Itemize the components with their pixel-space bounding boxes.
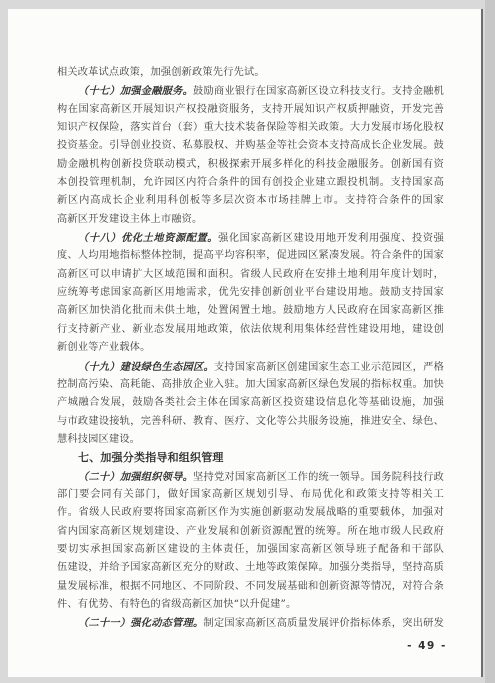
body-text: 产城融合发展，鼓励各类社会主体在国家高新区投资建设信息化等基础设施，加强 [57, 397, 444, 408]
body-text: 制定国家高新区高质量发展评价指标体系，突出研发 [204, 618, 444, 629]
text-line: （十七）加强金融服务。鼓励商业银行在国家高新区设立科技支行。支持金融机 [57, 82, 444, 100]
text-line: 部门要会同有关部门，做好国家高新区规划引导、布局优化和政策支持等相关工 [57, 486, 444, 504]
text-line: 度、人均用地指标整体控制，提高平均容积率，促进园区紧凑发展。符合条件的国家 [57, 247, 444, 265]
text-line: 高新区开发建设主体上市融资。 [57, 211, 444, 229]
body-text: 知识产权保险，落实首台（套）重大技术装备保险等相关政策。大力发展市场化股权 [57, 122, 444, 133]
body-text: 励金融机构创新投贷联动模式，积极探索开展多样化的科技金融服务。创新国有资 [57, 159, 444, 170]
body-text: 新区内高成长企业利用科创板等多层次资本市场挂牌上市。支持符合条件的国家 [57, 195, 444, 206]
paragraph-lead: （二十一）强化动态管理。 [78, 617, 204, 629]
body-text: 度、人均用地指标整体控制，提高平均容积率，促进园区紧凑发展。符合条件的国家 [57, 250, 444, 261]
text-block: 相关改革试点政策，加强创新政策先行先试。（十七）加强金融服务。鼓励商业银行在国家… [57, 64, 444, 633]
body-text: 坚持党对国家高新区工作的统一领导。国务院科技行政 [193, 472, 444, 483]
text-line: （二十一）强化动态管理。制定国家高新区高质量发展评价指标体系，突出研发 [57, 614, 444, 632]
body-text: 要切实承担国家高新区建设的主体责任，加强国家高新区领导班子配备和干部队 [57, 544, 444, 555]
paragraph-lead: （十八）优化土地资源配置。 [78, 232, 218, 244]
text-line: 知识产权保险，落实首台（套）重大技术装备保险等相关政策。大力发展市场化股权 [57, 119, 444, 137]
text-line: 省内国家高新区规划建设、产业发展和创新资源配置的统筹。所在地市级人民政府 [57, 523, 444, 541]
text-line: 相关改革试点政策，加强创新政策先行先试。 [57, 64, 444, 82]
body-text: 本创投管理机制，允许园区内符合条件的国有创投企业建立跟投机制。支持国家高 [57, 177, 444, 188]
body-text: 伍建设，并给予国家高新区充分的财政、土地等政策保障。加强分类指导，坚持高质 [57, 562, 444, 573]
text-line: 件、有优势、有特色的省级高新区加快“以升促建”。 [57, 596, 444, 614]
paragraph-lead: （十七）加强金融服务。 [78, 85, 193, 97]
body-text: 作。省级人民政府要将国家高新区作为实施创新驱动发展战略的重要载体，加强对 [57, 507, 444, 518]
body-text: 应统筹考虑国家高新区用地需求，优先安排创新创业平台建设用地。鼓励支持国家 [57, 287, 444, 298]
page-number: - 49 - [404, 640, 450, 652]
text-line: 慧科技园区建设。 [57, 431, 444, 449]
body-text: 鼓励商业银行在国家高新区设立科技支行。支持金融机 [193, 86, 444, 97]
text-line: 控制高污染、高耗能、高排放企业入驻。加大国家高新区绿色发展的指标权重。加快 [57, 376, 444, 394]
body-text: 量发展标准，根据不同地区、不同阶段、不同发展基础和创新资源等情况，对符合条 [57, 581, 444, 592]
text-line: （二十）加强组织领导。坚持党对国家高新区工作的统一领导。国务院科技行政 [57, 468, 444, 486]
body-text: 慧科技园区建设。 [57, 434, 140, 445]
text-line: 高新区加快消化批而未供土地，处置闲置土地。鼓励地方人民政府在国家高新区推 [57, 302, 444, 320]
body-text: 构在国家高新区开展知识产权投融资服务，支持开展知识产权质押融资，开发完善 [57, 104, 444, 115]
text-line: 行支持新产业、新业态发展用地政策，依法依规利用集体经营性建设用地，建设创 [57, 321, 444, 339]
text-line: 投资基金。引导创业投资、私募股权、并购基金等社会资本支持高成长企业发展。鼓 [57, 137, 444, 155]
text-line: 构在国家高新区开展知识产权投融资服务，支持开展知识产权质押融资，开发完善 [57, 101, 444, 119]
body-text: 部门要会同有关部门，做好国家高新区规划引导、布局优化和政策支持等相关工 [57, 489, 444, 500]
text-line: 新区内高成长企业利用科创板等多层次资本市场挂牌上市。支持符合条件的国家 [57, 192, 444, 210]
text-line: 量发展标准，根据不同地区、不同阶段、不同发展基础和创新资源等情况，对符合条 [57, 578, 444, 596]
text-line: 作。省级人民政府要将国家高新区作为实施创新驱动发展战略的重要载体，加强对 [57, 504, 444, 522]
body-text: 与市政建设接轨，完善科研、教育、医疗、文化等公共服务设施，推进安全、绿色、智 [57, 416, 444, 431]
text-line: 产城融合发展，鼓励各类社会主体在国家高新区投资建设信息化等基础设施，加强 [57, 394, 444, 412]
text-line: 要切实承担国家高新区建设的主体责任，加强国家高新区领导班子配备和干部队 [57, 541, 444, 559]
section-heading: 七、加强分类指导和组织管理 [78, 451, 224, 464]
body-text: 行支持新产业、新业态发展用地政策，依法依规利用集体经营性建设用地，建设创 [57, 324, 444, 335]
body-text: 高新区开发建设主体上市融资。 [57, 214, 202, 225]
text-line: （十八）优化土地资源配置。强化国家高新区建设用地开发利用强度、投资强 [57, 229, 444, 247]
scanned-document-stage: 相关改革试点政策，加强创新政策先行先试。（十七）加强金融服务。鼓励商业银行在国家… [0, 0, 495, 683]
body-text: 支持国家高新区创建国家生态工业示范园区，严格 [214, 362, 444, 373]
text-line: 新创业等产业载体。 [57, 339, 444, 357]
text-line: （十九）建设绿色生态园区。支持国家高新区创建国家生态工业示范园区，严格 [57, 358, 444, 376]
paragraph-lead: （十九）建设绿色生态园区。 [78, 361, 214, 373]
body-text: 件、有优势、有特色的省级高新区加快“以升促建”。 [57, 599, 296, 610]
body-text: 高新区可以申请扩大区域范围和面积。省级人民政府在安排土地利用年度计划时， [57, 269, 444, 280]
text-line: 本创投管理机制，允许园区内符合条件的国有创投企业建立跟投机制。支持国家高 [57, 174, 444, 192]
body-text: 省内国家高新区规划建设、产业发展和创新资源配置的统筹。所在地市级人民政府 [57, 526, 444, 537]
body-text: 高新区加快消化批而未供土地，处置闲置土地。鼓励地方人民政府在国家高新区推 [57, 305, 444, 316]
text-line: 伍建设，并给予国家高新区充分的财政、土地等政策保障。加强分类指导，坚持高质 [57, 559, 444, 577]
document-page: 相关改革试点政策，加强创新政策先行先试。（十七）加强金融服务。鼓励商业银行在国家… [8, 9, 483, 677]
body-text: 投资基金。引导创业投资、私募股权、并购基金等社会资本支持高成长企业发展。鼓 [57, 140, 444, 151]
text-line: 与市政建设接轨，完善科研、教育、医疗、文化等公共服务设施，推进安全、绿色、智 [57, 413, 444, 431]
body-text: 控制高污染、高耗能、高排放企业入驻。加大国家高新区绿色发展的指标权重。加快 [57, 379, 444, 390]
text-line: 高新区可以申请扩大区域范围和面积。省级人民政府在安排土地利用年度计划时， [57, 266, 444, 284]
text-line: 应统筹考虑国家高新区用地需求，优先安排创新创业平台建设用地。鼓励支持国家 [57, 284, 444, 302]
text-line: 七、加强分类指导和组织管理 [57, 449, 444, 467]
body-text: 相关改革试点政策，加强创新政策先行先试。 [57, 67, 265, 78]
body-text: 新创业等产业载体。 [57, 342, 151, 353]
text-line: 励金融机构创新投贷联动模式，积极探索开展多样化的科技金融服务。创新国有资 [57, 156, 444, 174]
paragraph-lead: （二十）加强组织领导。 [78, 471, 193, 483]
body-text: 强化国家高新区建设用地开发利用强度、投资强 [218, 233, 444, 244]
scan-right-margin [485, 0, 495, 683]
